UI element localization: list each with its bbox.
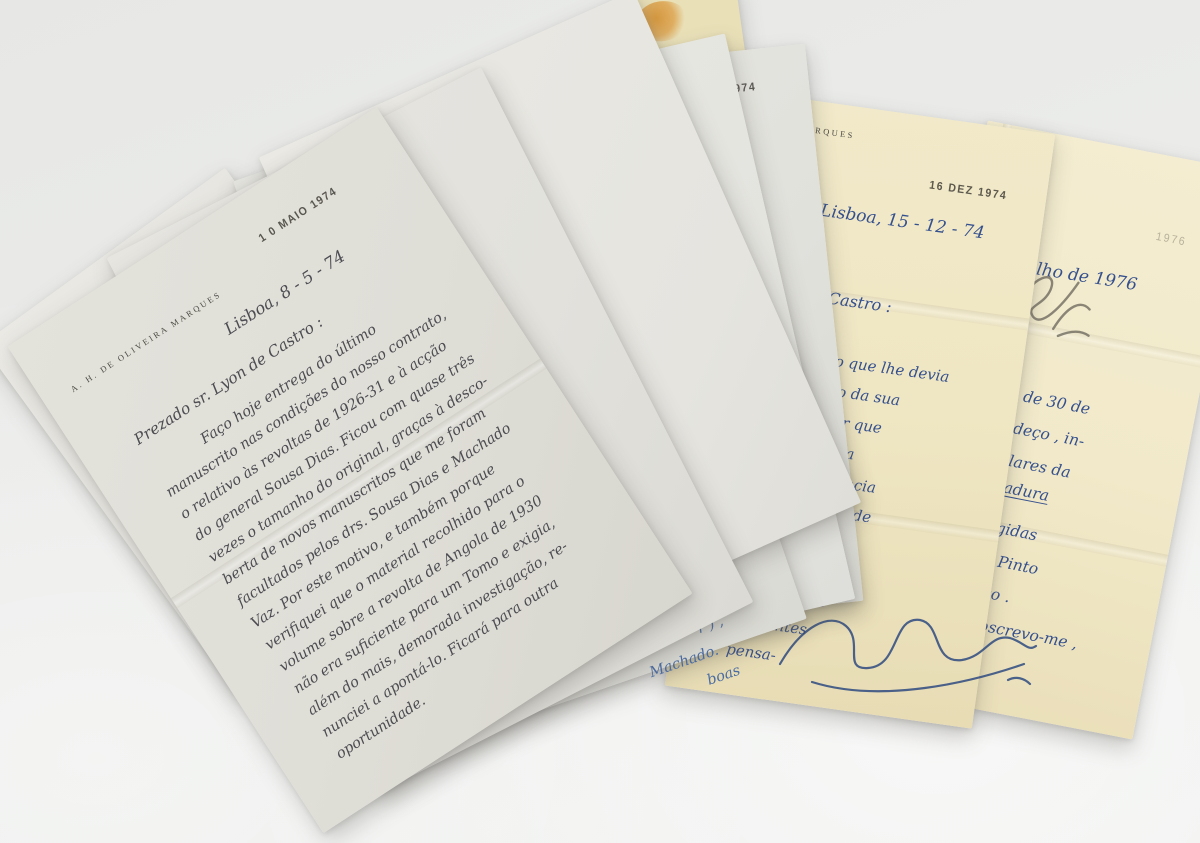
date-line: Lisboa, 8 - 5 - 74 bbox=[221, 246, 348, 338]
date-line: Lisboa, 15 - 12 - 74 bbox=[819, 201, 986, 244]
date-stamp: 1976 bbox=[1155, 231, 1188, 249]
date-stamp: 16 DEZ 1974 bbox=[928, 179, 1007, 202]
date-stamp: 1 0 MAIO 1974 bbox=[257, 185, 340, 245]
letterhead: A. H. DE OLIVEIRA MARQUES bbox=[69, 289, 223, 394]
photo-of-handwritten-letters: 1976 8 de Julho de 1976 ória cartas de 3… bbox=[0, 0, 1200, 843]
